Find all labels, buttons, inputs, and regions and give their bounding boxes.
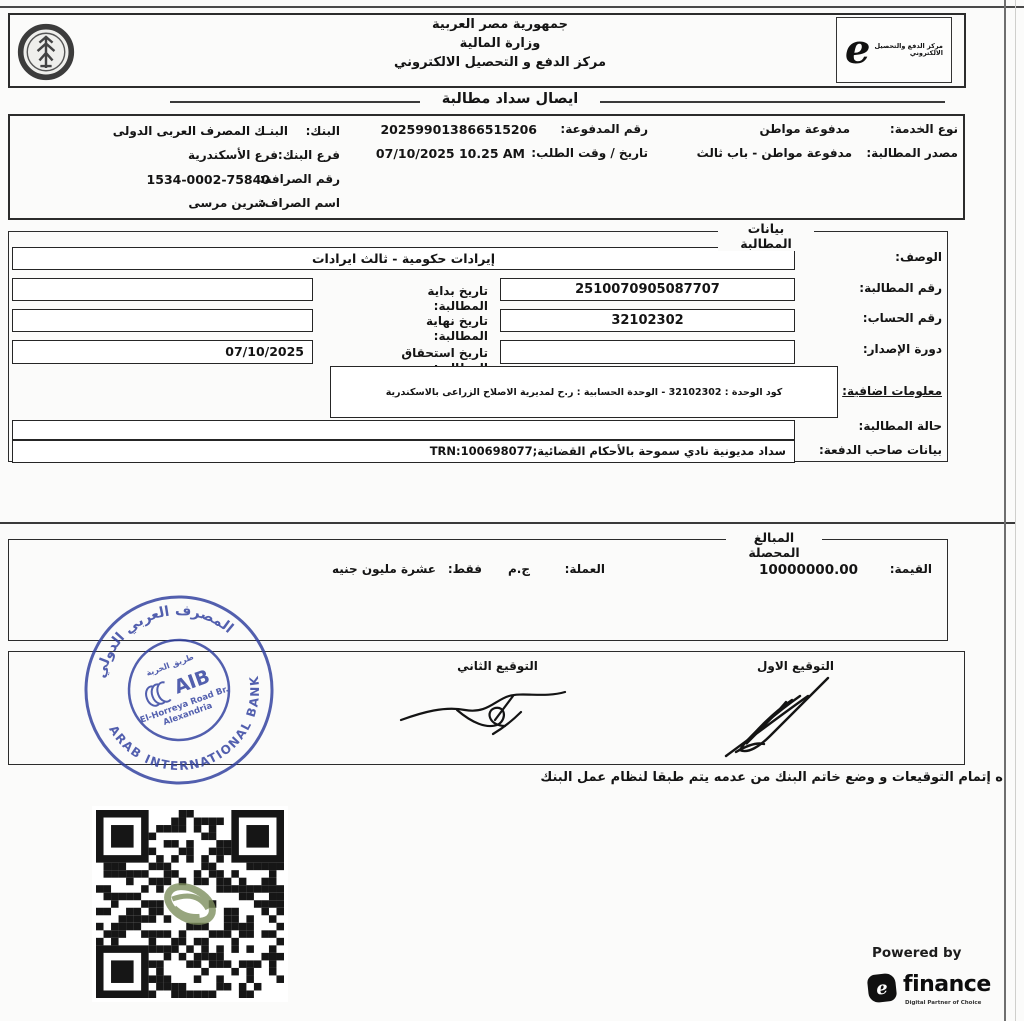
bank-value: البنـك المصرف العربى الدولى [95,124,288,139]
branch-value: فرع الأسكندرية [160,148,278,163]
header-country: جمهورية مصر العربية [300,17,700,33]
amounts-section-title: المبالغ المحصلة [726,530,822,560]
scan-edge-right [1004,0,1006,1021]
title-rule-left [170,101,420,103]
service-type-value: مدفوعة مواطن [710,122,850,137]
bank-procedure-note: ه إتمام التوقيعات و وضع خاتم البنك من عد… [420,770,1003,786]
page-title: ايصال سداد مطالبة [425,90,595,108]
description-field: إيرادات حكومية - ثالث ايرادات [12,247,795,270]
amount-value: 10000000.00 [698,562,858,578]
teller-name-value: شرين مرسى [158,196,266,211]
bank-stamp: المصرف العربي الدولي ARAB INTERNATIONAL … [72,590,287,790]
issue-cycle-field [500,340,795,364]
payment-number-label: رقم المدفوعة: [528,122,648,137]
second-signature [395,682,570,740]
extra-info-field: كود الوحدة : 32102302 - الوحدة الحسابية … [330,366,838,418]
due-date-field: 07/10/2025 [12,340,313,364]
header-center-name: مركز الدفع و التحصيل الالكتروني [300,55,700,71]
payment-number-value: 202599013866515206 [355,122,537,137]
efinance-e-glyph: e [845,30,870,70]
start-date-field [12,278,313,301]
account-number-label: رقم الحساب: [800,311,942,326]
teller-number-value: 1534-0002-75840 [130,172,270,187]
efinance-tagline: Digital Partner of Choice [905,1000,981,1006]
service-type-label: نوع الخدمة: [838,122,958,137]
payer-data-label: بيانات صاحب الدفعة: [800,443,942,458]
account-number-field: 32102302 [500,309,795,332]
issue-cycle-label: دورة الإصدار: [800,342,942,357]
header-ministry: وزارة المالية [300,36,700,52]
scan-edge-right-faint [1015,0,1016,1021]
end-date-field [12,309,313,332]
request-datetime-value: 07/10/2025 10.25 AM [345,146,525,161]
title-rule-right [600,101,945,103]
start-date-label: تاريخ بداية المطالبة: [370,284,488,314]
currency-label: العملة: [545,562,605,577]
currency-value: ج.م [498,562,540,577]
second-signature-label: التوقيع الثاني [450,659,545,674]
claim-source-value: مدفوعة مواطن - باب ثالث [676,146,852,161]
end-date-label: تاريخ نهاية المطالبة: [370,314,488,344]
claim-status-label: حالة المطالبة: [800,419,942,434]
claim-number-field: 2510070905087707 [500,278,795,301]
ministry-seal-icon [16,22,76,82]
section-divider [0,522,1016,524]
amount-in-words: عشرة مليون جنيه [316,562,436,577]
claim-source-label: مصدر المطالبة: [838,146,958,161]
efinance-footer-icon: e [867,973,898,1004]
qr-center-logo [158,872,222,936]
teller-name-label: اسم الصراف: [256,196,340,211]
amount-value-label: القيمة: [870,562,932,577]
request-datetime-label: تاريخ / وقت الطلب: [518,146,648,161]
scan-edge-top [0,6,1024,8]
receipt-page: جمهورية مصر العربية وزارة المالية مركز ا… [0,0,1024,1021]
efinance-brand-text: finance [903,972,991,997]
claim-status-field [12,420,795,440]
only-label: فقط: [440,562,482,577]
payer-data-field: سداد مديونية نادي سموحة بالأحكام القضائي… [12,440,795,463]
claim-section-title: بيانات المطالبة [718,221,814,251]
bank-label: البنك: [285,124,340,139]
claim-number-label: رقم المطالبة: [800,281,942,296]
efinance-header-logo: e مركز الدفع والتحصيل الالكتروني [836,17,952,83]
first-signature [690,672,855,762]
description-label: الوصف: [800,250,942,265]
powered-by-text: Powered by [872,945,982,961]
efinance-logo-line2: الالكتروني [875,50,943,57]
